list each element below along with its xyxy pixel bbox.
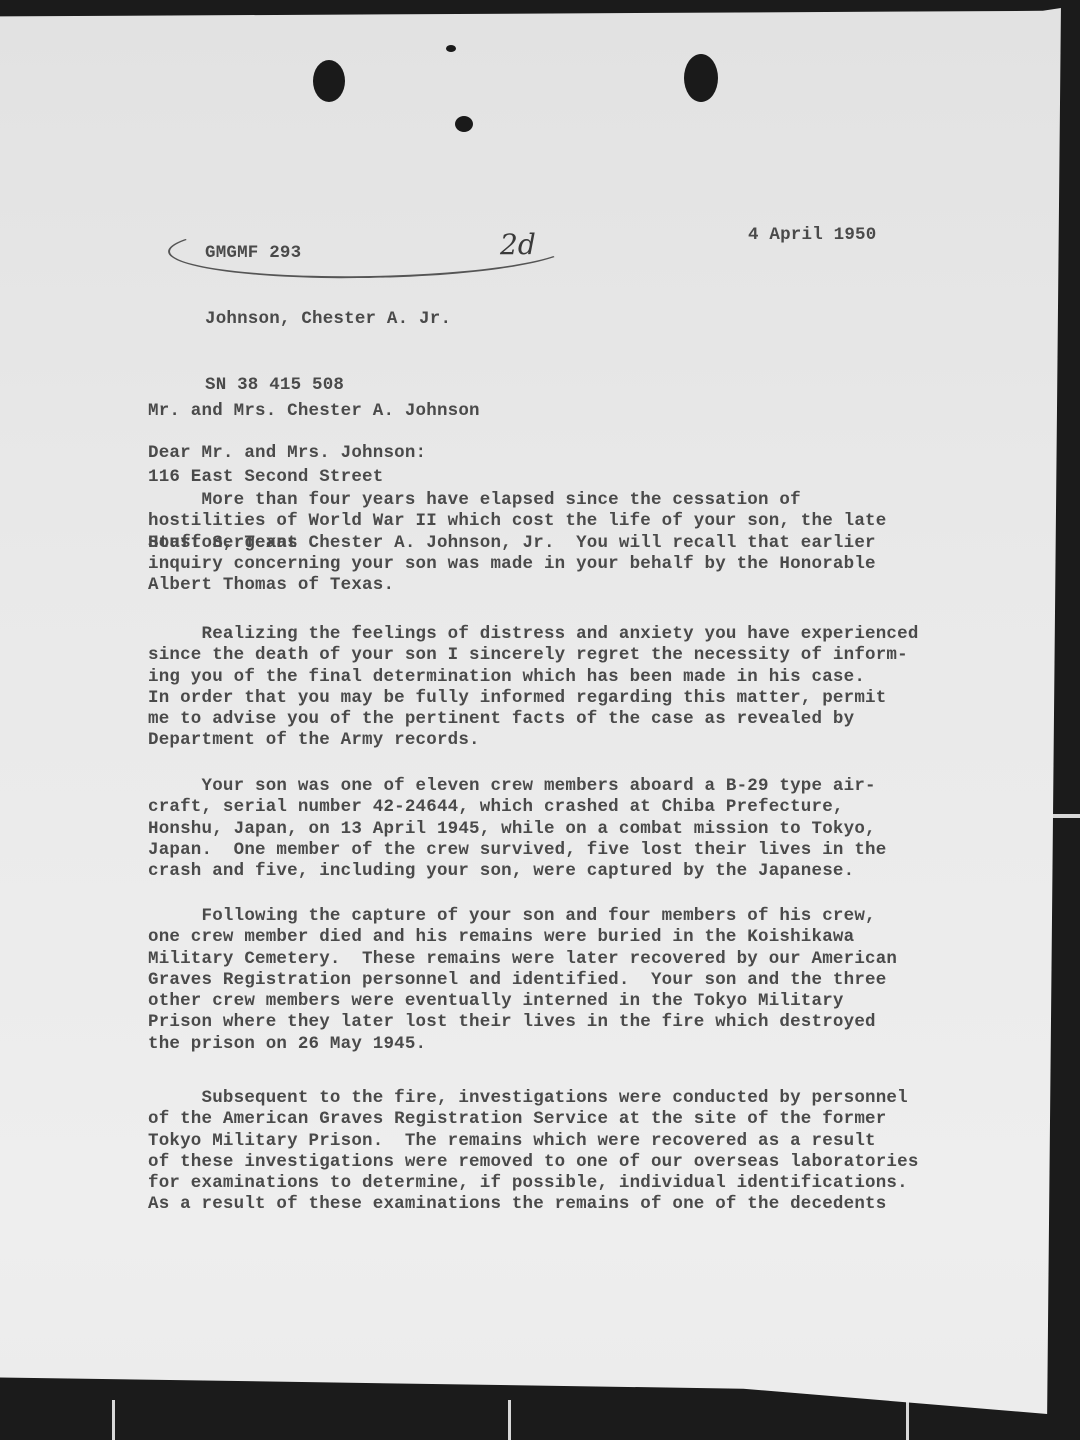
handwritten-initials: 2d — [500, 228, 536, 261]
paragraph-line: Tokyo Military Prison. The remains which… — [148, 1131, 919, 1152]
punch-hole — [684, 54, 718, 102]
paragraph: Your son was one of eleven crew members … — [148, 776, 886, 882]
punch-hole — [455, 116, 473, 132]
paragraph-line: me to advise you of the pertinent facts … — [148, 709, 919, 730]
tile-grout-line — [508, 1400, 511, 1440]
paragraph-line: Albert Thomas of Texas. — [148, 575, 886, 596]
file-number: GMGMF 293 — [205, 242, 451, 264]
paragraph-line: As a result of these examinations the re… — [148, 1194, 919, 1215]
paragraph-line: of these investigations were removed to … — [148, 1152, 919, 1173]
salutation: Dear Mr. and Mrs. Johnson: — [148, 443, 426, 463]
paragraph-line: Realizing the feelings of distress and a… — [148, 624, 919, 645]
paragraph-line: Japan. One member of the crew survived, … — [148, 840, 886, 861]
tile-grout-line — [112, 1400, 115, 1440]
paragraph-line: for examinations to determine, if possib… — [148, 1173, 919, 1194]
paragraph-line: Following the capture of your son and fo… — [148, 906, 897, 927]
addressee-street: 116 East Second Street — [148, 466, 480, 488]
punch-hole — [313, 60, 345, 102]
paragraph-line: one crew member died and his remains wer… — [148, 927, 897, 948]
paragraph-line: since the death of your son I sincerely … — [148, 645, 919, 666]
paragraph-line: the prison on 26 May 1945. — [148, 1034, 897, 1055]
paragraph-line: crash and five, including your son, were… — [148, 861, 886, 882]
paragraph-line: Your son was one of eleven crew members … — [148, 776, 886, 797]
paragraph-line: Prison where they later lost their lives… — [148, 1012, 897, 1033]
paragraph-line: other crew members were eventually inter… — [148, 991, 897, 1012]
paragraph: Subsequent to the fire, investigations w… — [148, 1088, 919, 1216]
paragraph-line: Subsequent to the fire, investigations w… — [148, 1088, 919, 1109]
addressee-name: Mr. and Mrs. Chester A. Johnson — [148, 400, 480, 422]
paragraph-line: inquiry concerning your son was made in … — [148, 554, 886, 575]
paragraph: More than four years have elapsed since … — [148, 490, 886, 596]
paragraph-line: ing you of the final determination which… — [148, 667, 919, 688]
letter-date: 4 April 1950 — [748, 225, 876, 245]
paragraph-line: of the American Graves Registration Serv… — [148, 1109, 919, 1130]
paragraph-line: craft, serial number 42-24644, which cra… — [148, 797, 886, 818]
paragraph-line: Staff Sergeant Chester A. Johnson, Jr. Y… — [148, 533, 886, 554]
paragraph: Realizing the feelings of distress and a… — [148, 624, 919, 752]
tile-grout-line — [906, 1400, 909, 1440]
file-subject-name: Johnson, Chester A. Jr. — [205, 308, 451, 330]
paragraph: Following the capture of your son and fo… — [148, 906, 897, 1055]
paragraph-line: hostilities of World War II which cost t… — [148, 511, 886, 532]
paragraph-line: Department of the Army records. — [148, 730, 919, 751]
punch-hole — [446, 45, 456, 52]
paragraph-line: More than four years have elapsed since … — [148, 490, 886, 511]
paragraph-line: Honshu, Japan, on 13 April 1945, while o… — [148, 819, 886, 840]
paragraph-line: Military Cemetery. These remains were la… — [148, 949, 897, 970]
paragraph-line: Graves Registration personnel and identi… — [148, 970, 897, 991]
paragraph-line: In order that you may be fully informed … — [148, 688, 919, 709]
